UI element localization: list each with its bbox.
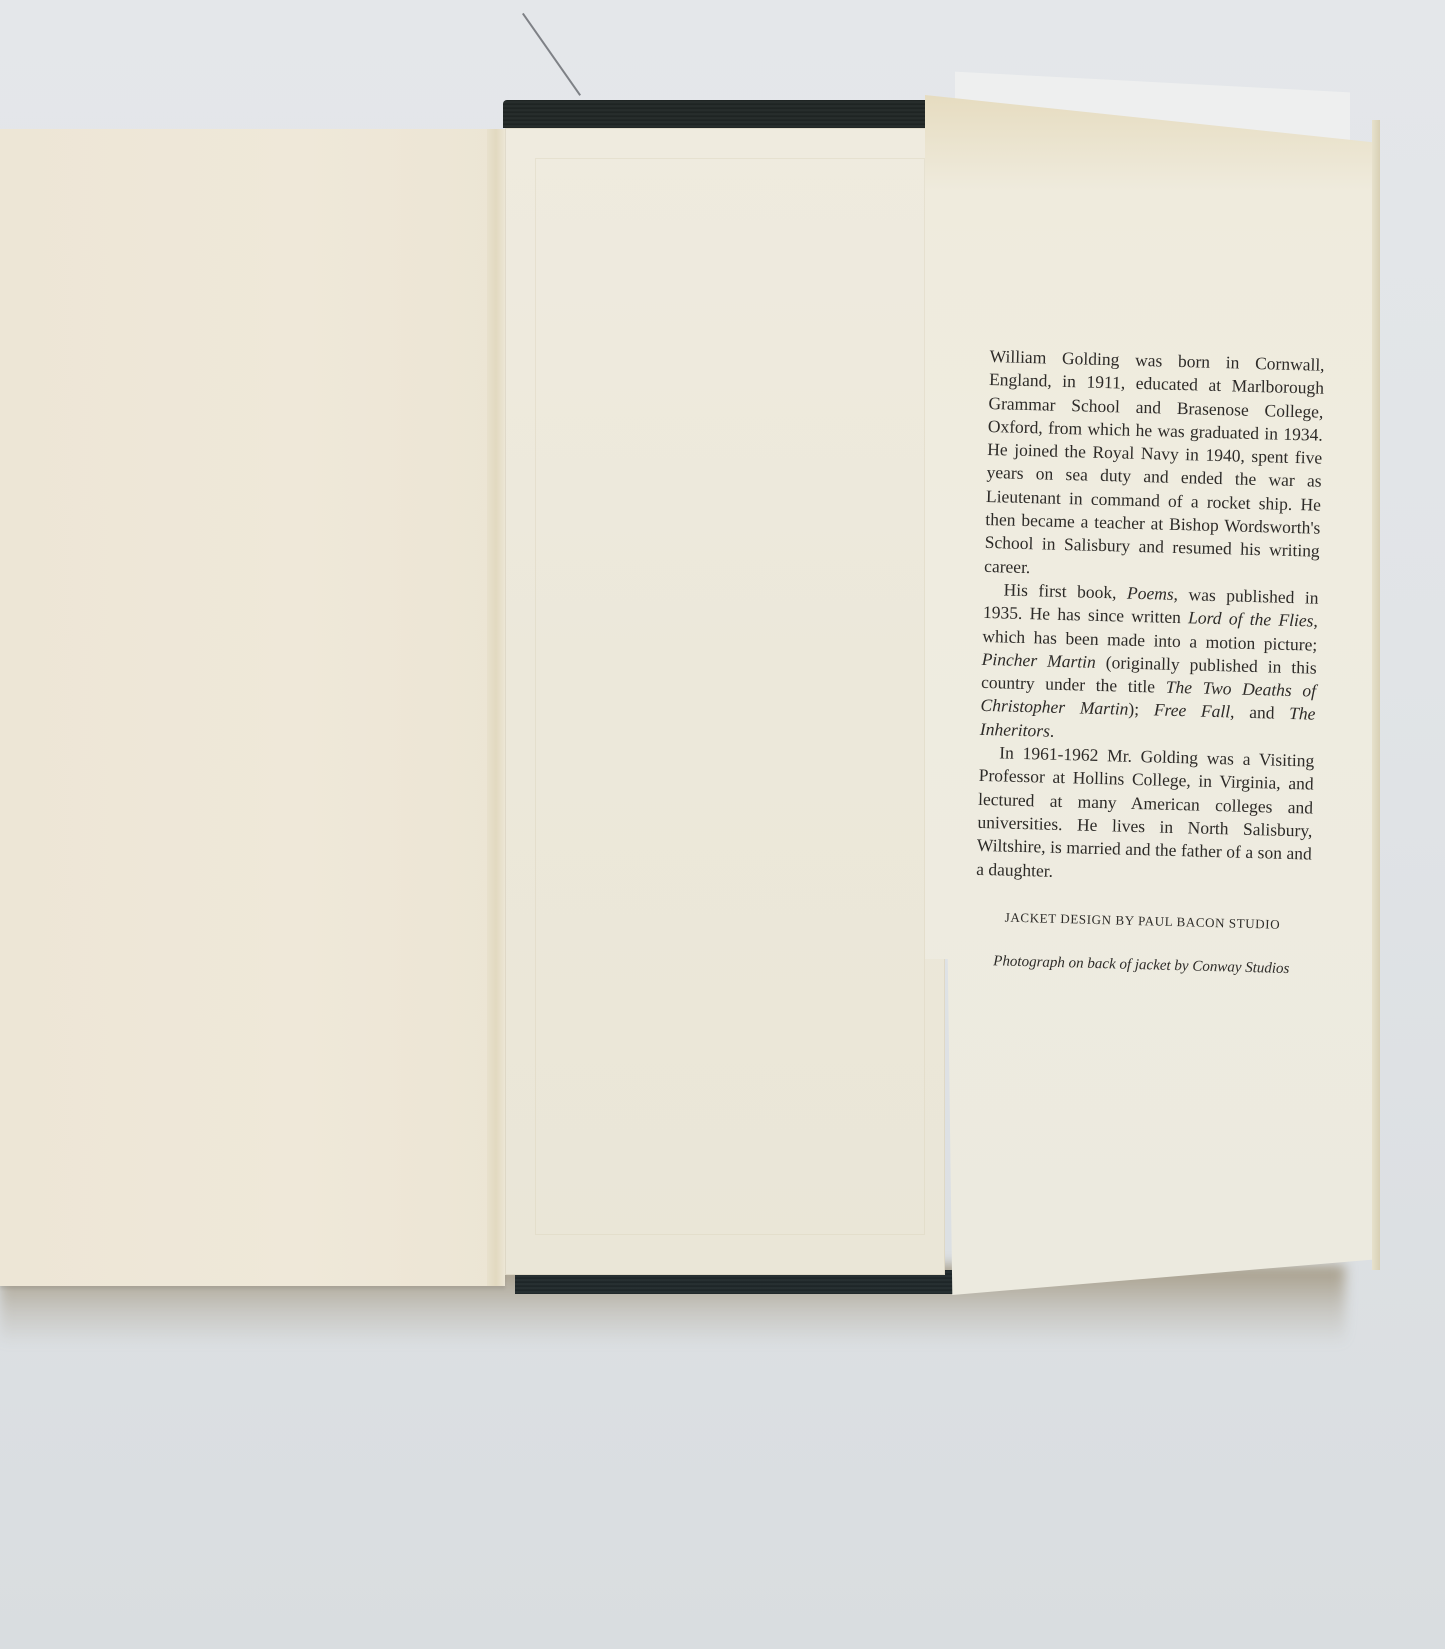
left-endpaper — [0, 129, 505, 1286]
book-title-lord-of-the-flies: Lord of the Flies — [1188, 608, 1314, 631]
book-photo-scene: William Golding was born in Cornwall, En… — [0, 0, 1445, 1649]
bio-paragraph-1: William Golding was born in Cornwall, En… — [984, 345, 1325, 587]
ribbon-thread — [522, 13, 581, 96]
bio-text: . — [1050, 720, 1055, 740]
jacket-flap-edge — [1372, 120, 1380, 1270]
bio-text: , and — [1230, 702, 1290, 724]
bio-text: His first book, — [1003, 579, 1127, 602]
jacket-design-credit: Jacket design by Paul Bacon Studio — [975, 905, 1310, 937]
book-title-free-fall: Free Fall — [1154, 700, 1231, 722]
book-title-pincher-martin: Pincher Martin — [982, 649, 1097, 672]
bio-paragraph-3: In 1961-1962 Mr. Golding was a Visiting … — [976, 741, 1315, 890]
book-title-poems: Poems — [1127, 583, 1174, 604]
bio-paragraph-2: His first book, Poems, was published in … — [980, 578, 1319, 750]
author-bio: William Golding was born in Cornwall, En… — [974, 345, 1325, 982]
book-gutter — [487, 129, 505, 1286]
pastedown-turn-in — [535, 158, 925, 1235]
bio-text: ); — [1128, 699, 1154, 720]
cover-cloth-top-edge — [503, 100, 928, 128]
pastedown-page — [505, 128, 945, 1275]
